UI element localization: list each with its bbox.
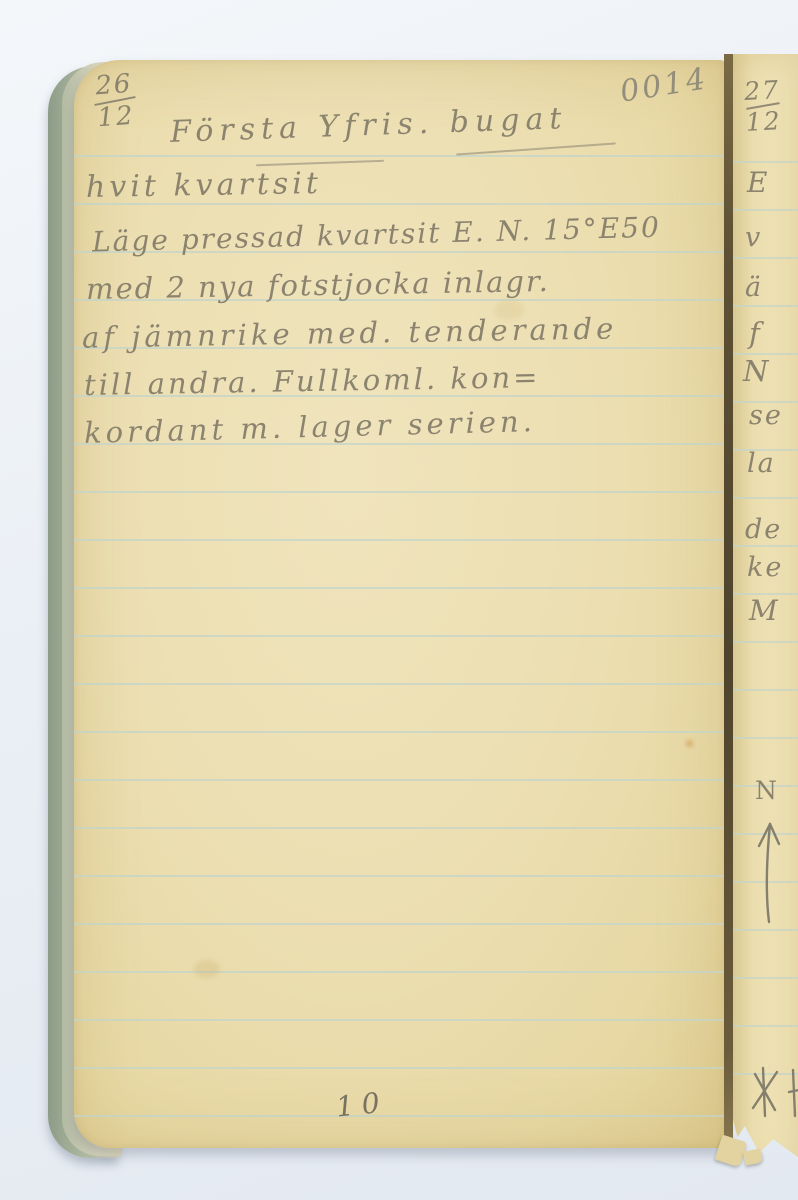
entry-line: Läge pressad kvartsit E. N. 15°E50 [92,211,662,259]
paper-stain [686,740,693,747]
notebook-scan: 26 12 0014 Första Yfris. bugat hvit kvar… [0,0,798,1200]
facing-entry-date: 27 12 [744,77,783,135]
left-page: 26 12 0014 Första Yfris. bugat hvit kvar… [74,60,726,1148]
text-fragment: v [745,222,762,253]
text-fragment: la [747,448,776,479]
entry-date: 26 12 [92,71,138,132]
text-fragment: E [747,166,769,199]
text-fragment: f [749,316,762,350]
torn-paper-bit [743,1149,763,1166]
text-fragment: N [743,354,770,388]
entry-line: kordant m. lager serien. [84,404,537,450]
entry-date-day: 26 [94,71,133,100]
entry-line: af jämnrike med. tenderande [82,311,618,354]
right-page-sliver: 27 12 E v ä f N se la de ke M N [733,54,798,1166]
facing-entry-date-month: 12 [745,108,782,135]
text-fragment: ke [747,552,783,583]
entry-date-month: 12 [97,103,136,132]
archival-stamp-number: 0014 [618,61,711,109]
text-fragment: se [749,400,783,431]
pencil-stroke [456,142,616,155]
text-fragment: M [749,594,780,627]
entry-line: Första Yfris. bugat [170,101,568,150]
text-fragment: ä [745,272,763,303]
north-arrow-label: N [755,776,779,805]
facing-entry-date-day: 27 [744,77,781,104]
field-mark-icon [749,1066,798,1118]
entry-line: till andra. Fullkoml. kon= [84,360,541,402]
north-arrow-icon [747,810,787,930]
text-fragment: de [745,514,782,545]
binding-gutter [724,54,733,1160]
paper-stain [194,960,220,978]
entry-line: hvit kvartsit [86,166,322,205]
page-number: 10 [334,1085,389,1123]
entry-line: med 2 nya fotstjocka inlagr. [86,264,550,306]
